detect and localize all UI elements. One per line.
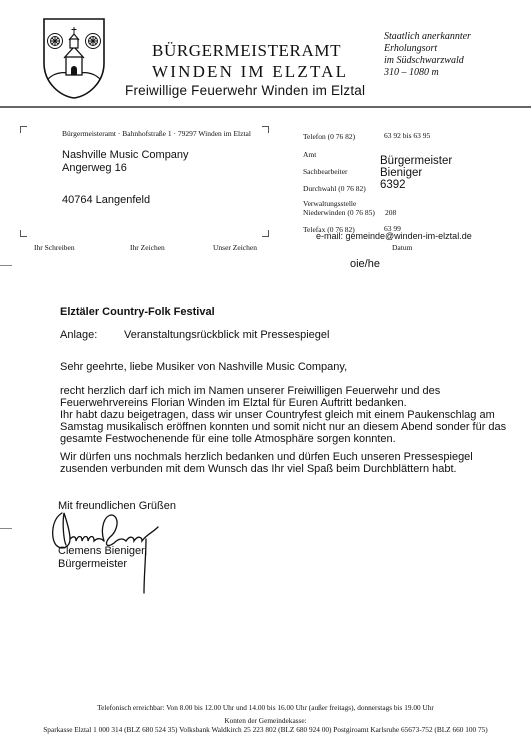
telefon-label: Telefon (0 76 82): [303, 132, 355, 141]
tagline-line: im Südschwarzwald: [384, 55, 471, 67]
attachment-label: Anlage:: [60, 329, 97, 341]
ref-label-unser-zeichen: Unser Zeichen: [213, 243, 257, 252]
verwaltung-value: 208: [385, 208, 396, 217]
window-corner-mark: [262, 126, 269, 133]
letterhead-municipality: WINDEN IM ELZTAL: [152, 62, 348, 82]
letterhead-title: BÜRGERMEISTERAMT: [152, 41, 341, 61]
telefon-value: 63 92 bis 63 95: [384, 131, 430, 140]
paragraph-line: Ihr habt dazu beigetragen, dass wir unse…: [60, 409, 506, 421]
durchwahl-value: 6392: [380, 179, 406, 191]
recipient-city: 40764 Langenfeld: [62, 194, 150, 206]
footer-accounts-heading: Konten der Gemeindekasse:: [0, 716, 531, 725]
fold-mark: [0, 265, 12, 266]
window-corner-mark: [20, 230, 27, 237]
ref-label-ihr-zeichen: Ihr Zeichen: [130, 243, 165, 252]
paragraph-line: zusenden verbunden mit dem Wunsch das Ih…: [60, 463, 473, 475]
paragraph-line: Feuerwehrvereins Florian Winden im Elzta…: [60, 397, 506, 409]
recipient-street: Angerweg 16: [62, 162, 189, 175]
coat-of-arms-icon: [42, 17, 106, 100]
ref-label-datum: Datum: [392, 243, 412, 252]
letter-subject: Elztäler Country-Folk Festival: [60, 306, 215, 318]
email-link[interactable]: e-mail: gemeinde@winden-im-elztal.de: [316, 231, 472, 241]
sachbearbeiter-value: Bieniger: [380, 167, 422, 179]
paragraph-2: Wir dürfen uns nochmals herzlich bedanke…: [60, 451, 473, 475]
paragraph-line: Samstag musikalisch eröffnen konnten und…: [60, 421, 506, 433]
amt-value: Bürgermeister: [380, 155, 452, 167]
amt-label: Amt: [303, 150, 316, 159]
recipient-address: Nashville Music Company Angerweg 16: [62, 149, 189, 175]
signer-block: Clemens Bieniger, Bürgermeister: [58, 545, 147, 571]
ref-label-ihr-schreiben: Ihr Schreiben: [34, 243, 75, 252]
salutation: Sehr geehrte, liebe Musiker von Nashvill…: [60, 361, 347, 373]
paragraph-line: Wir dürfen uns nochmals herzlich bedanke…: [60, 451, 473, 463]
sachbearbeiter-label: Sachbearbeiter: [303, 167, 348, 176]
signer-title: Bürgermeister: [58, 558, 147, 571]
tagline-line: Staatlich anerkannter: [384, 31, 471, 43]
tagline-line: 310 – 1080 m: [384, 67, 471, 79]
recipient-name: Nashville Music Company: [62, 149, 189, 162]
ref-value-unser-zeichen: oie/he: [350, 258, 380, 270]
window-corner-mark: [20, 126, 27, 133]
durchwahl-label: Durchwahl (0 76 82): [303, 184, 366, 193]
sender-return-address: Bürgermeisteramt · Bahnhofstraße 1 · 792…: [62, 129, 251, 138]
letterhead-tagline: Staatlich anerkannter Erholungsort im Sü…: [384, 31, 471, 79]
attachment-value: Veranstaltungsrückblick mit Pressespiege…: [124, 329, 329, 341]
footer-accounts: Sparkasse Elztal 1 000 314 (BLZ 680 524 …: [0, 725, 531, 734]
paragraph-line: gesamte Festwochenende für eine tolle At…: [60, 433, 506, 445]
fold-mark: [0, 528, 12, 529]
verwaltung-label-2: Niederwinden (0 76 85): [303, 208, 375, 217]
footer-hours: Telefonisch erreichbar: Von 8.00 bis 12.…: [0, 703, 531, 712]
verwaltung-label: Verwaltungsstelle: [303, 199, 356, 208]
paragraph-line: recht herzlich darf ich mich im Namen un…: [60, 385, 506, 397]
paragraph-1: recht herzlich darf ich mich im Namen un…: [60, 385, 506, 445]
header-divider: [0, 106, 531, 108]
signer-name: Clemens Bieniger,: [58, 545, 147, 558]
tagline-line: Erholungsort: [384, 43, 471, 55]
letterhead-subtitle: Freiwillige Feuerwehr Winden im Elztal: [125, 83, 365, 98]
window-corner-mark: [262, 230, 269, 237]
